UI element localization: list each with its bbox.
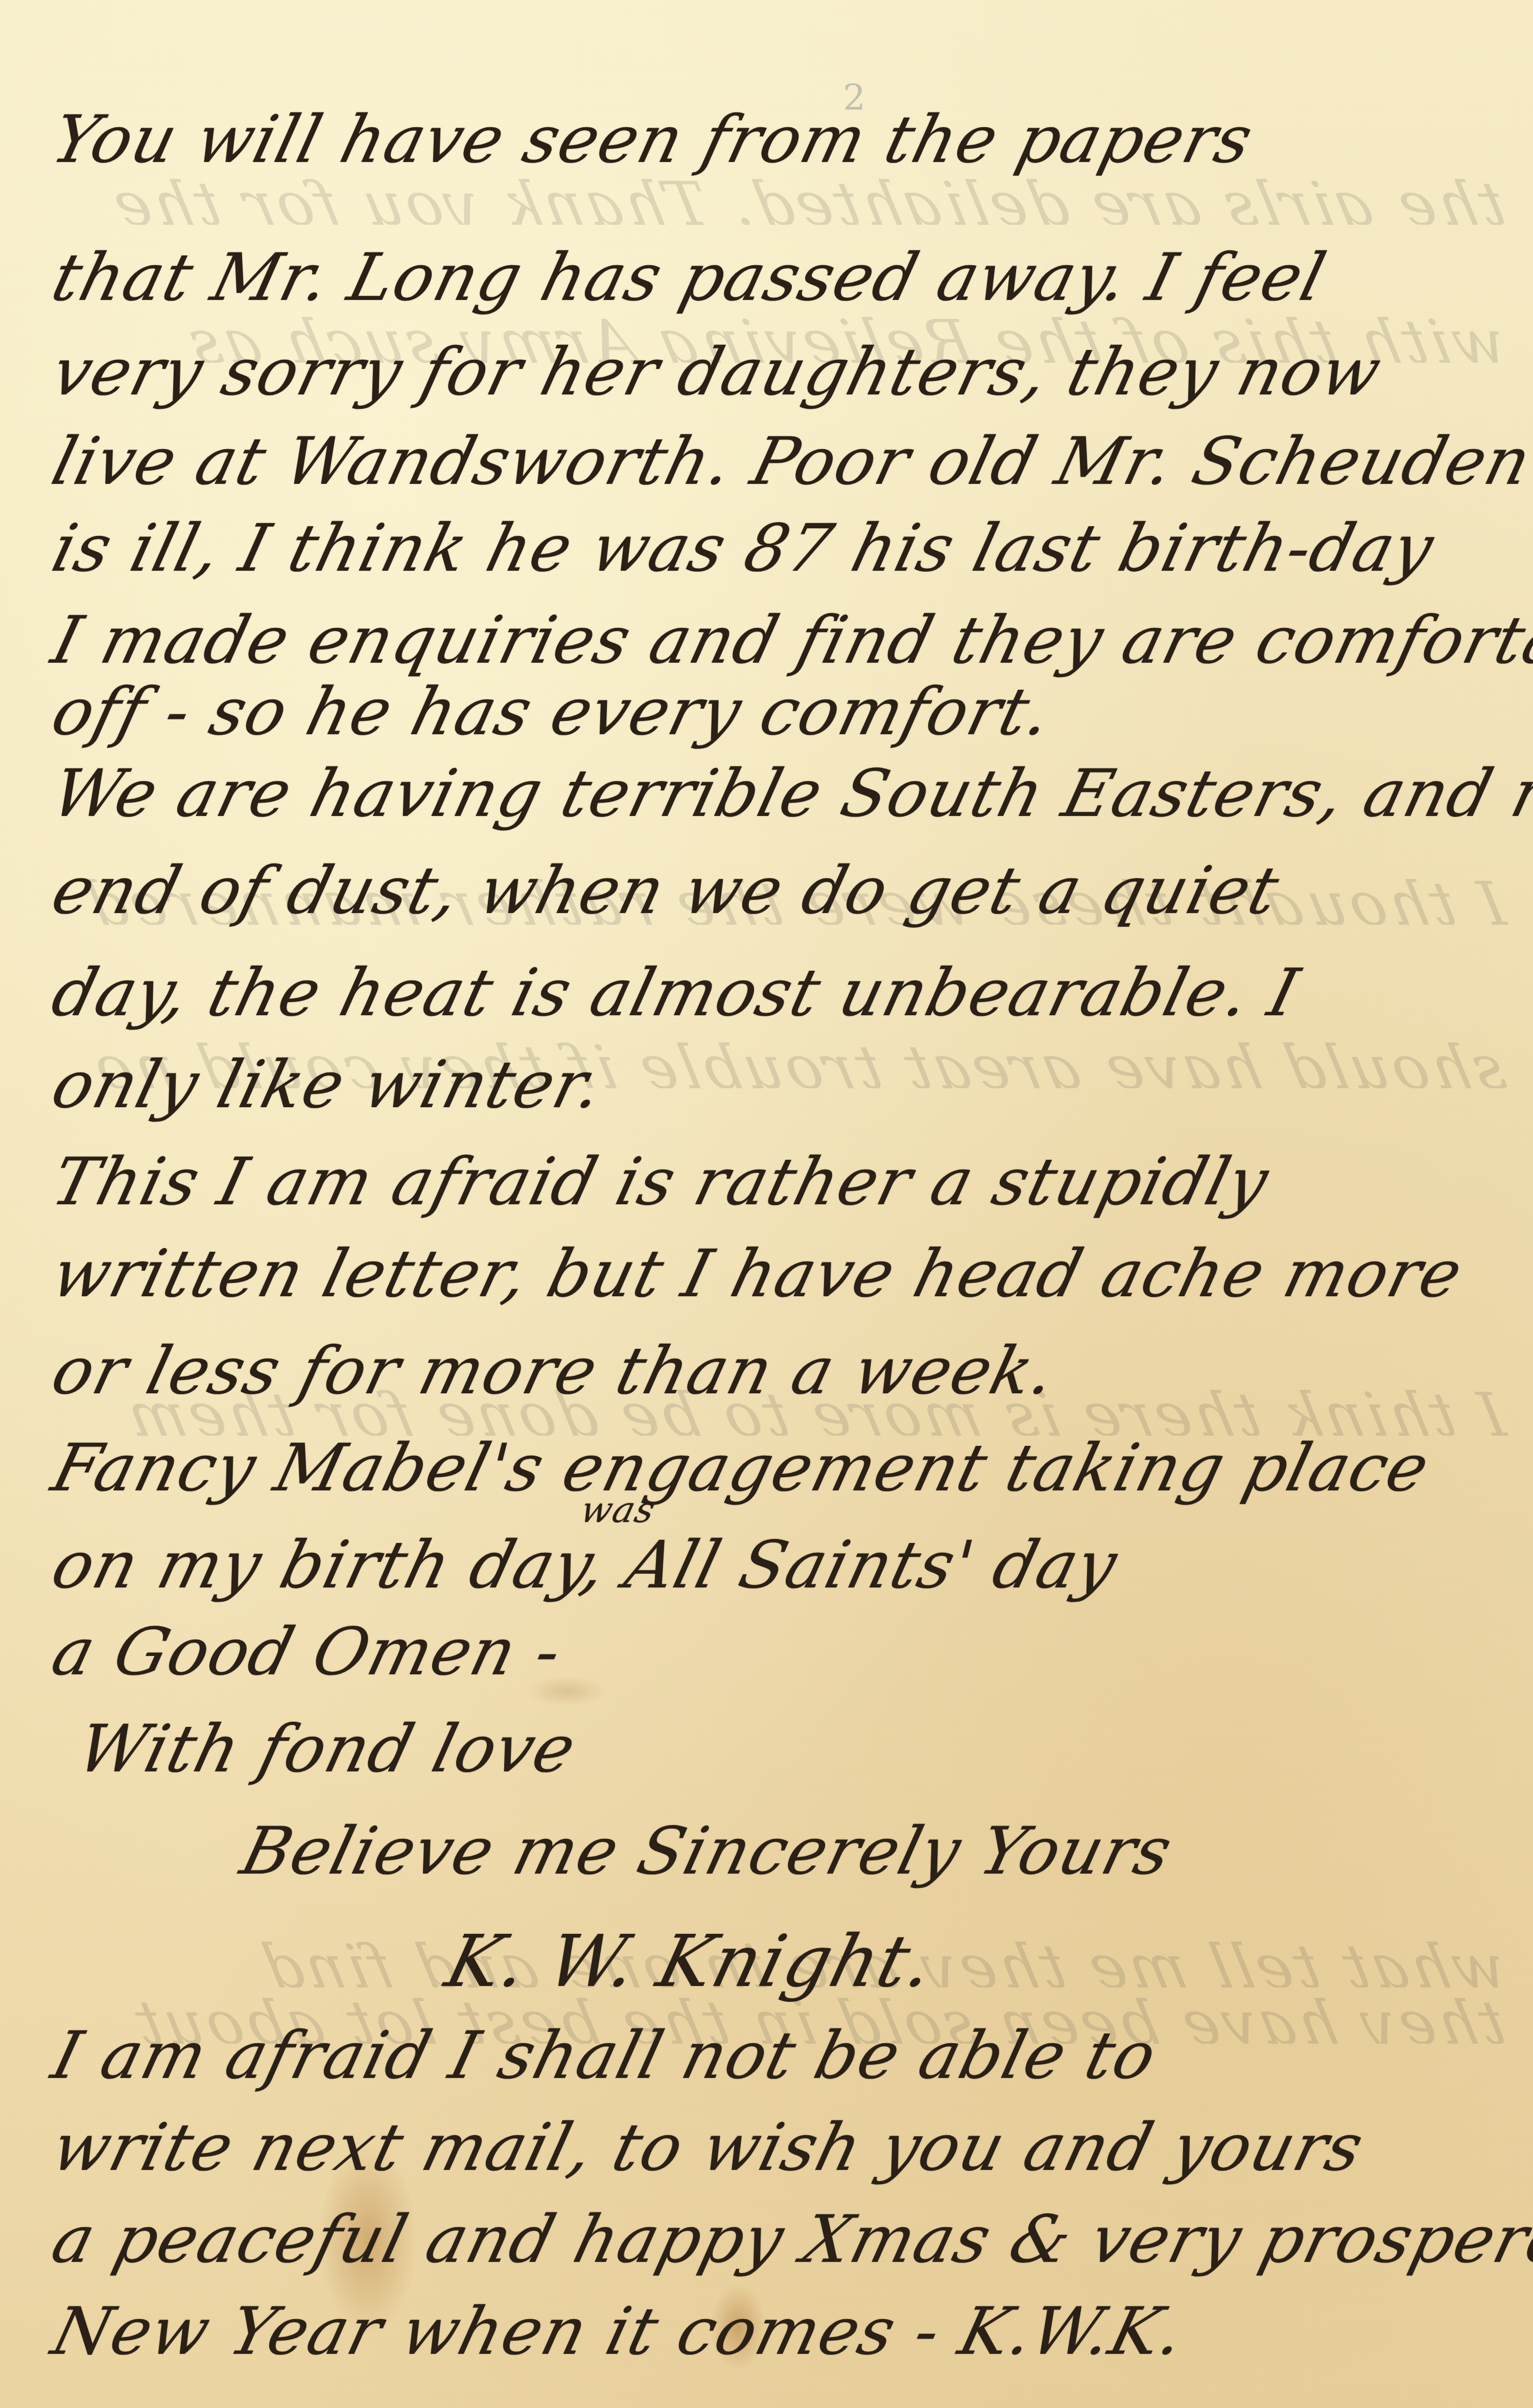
letter-page: the girls are delighted. Thank you for t… bbox=[0, 0, 1533, 2408]
letter-line: or less for more than a week. bbox=[46, 1339, 1063, 1404]
letter-line: very sorry for her daughters, they now bbox=[46, 340, 1388, 405]
signature: K. W. Knight. bbox=[439, 1926, 941, 1998]
letter-line: end of dust, when we do get a quiet bbox=[46, 858, 1286, 924]
postscript-line: write next mail, to wish you and yours bbox=[46, 2115, 1370, 2181]
postscript-line: I am afraid I shall not be able to bbox=[46, 2023, 1163, 2089]
letter-line: day, the heat is almost unbearable. I bbox=[46, 961, 1306, 1026]
letter-line: written letter, but I have head ache mor… bbox=[46, 1242, 1469, 1307]
letter-line: We are having terrible South Easters, an… bbox=[46, 761, 1533, 827]
closing-line: With fond love bbox=[72, 1717, 582, 1782]
postscript-line: a peaceful and happy Xmas & very prosper… bbox=[46, 2207, 1533, 2273]
closing-salutation: Believe me Sincerely Yours bbox=[235, 1819, 1178, 1884]
letter-line: live at Wandsworth. Poor old Mr. Scheude… bbox=[46, 429, 1533, 495]
letter-line: only like winter. bbox=[46, 1053, 609, 1118]
letter-line: Fancy Mabel's engagement taking place bbox=[46, 1436, 1436, 1501]
postscript-line: New Year when it comes - K.W.K. bbox=[46, 2299, 1191, 2365]
interlinear-insertion: was bbox=[577, 1492, 659, 1528]
letter-line: You will have seen from the papers bbox=[46, 107, 1259, 173]
letter-line: a Good Omen - bbox=[46, 1620, 568, 1685]
letter-line: off - so he has every comfort. bbox=[46, 680, 1058, 745]
letter-line: This I am afraid is rather a stupidly bbox=[46, 1150, 1275, 1215]
letter-line: is ill, I think he was 87 his last birth… bbox=[46, 516, 1440, 581]
letter-line: on my birth day, All Saints' day bbox=[46, 1533, 1124, 1598]
letter-line: that Mr. Long has passed away. I feel bbox=[46, 245, 1332, 311]
letter-line: I made enquiries and find they are comfo… bbox=[46, 608, 1533, 673]
